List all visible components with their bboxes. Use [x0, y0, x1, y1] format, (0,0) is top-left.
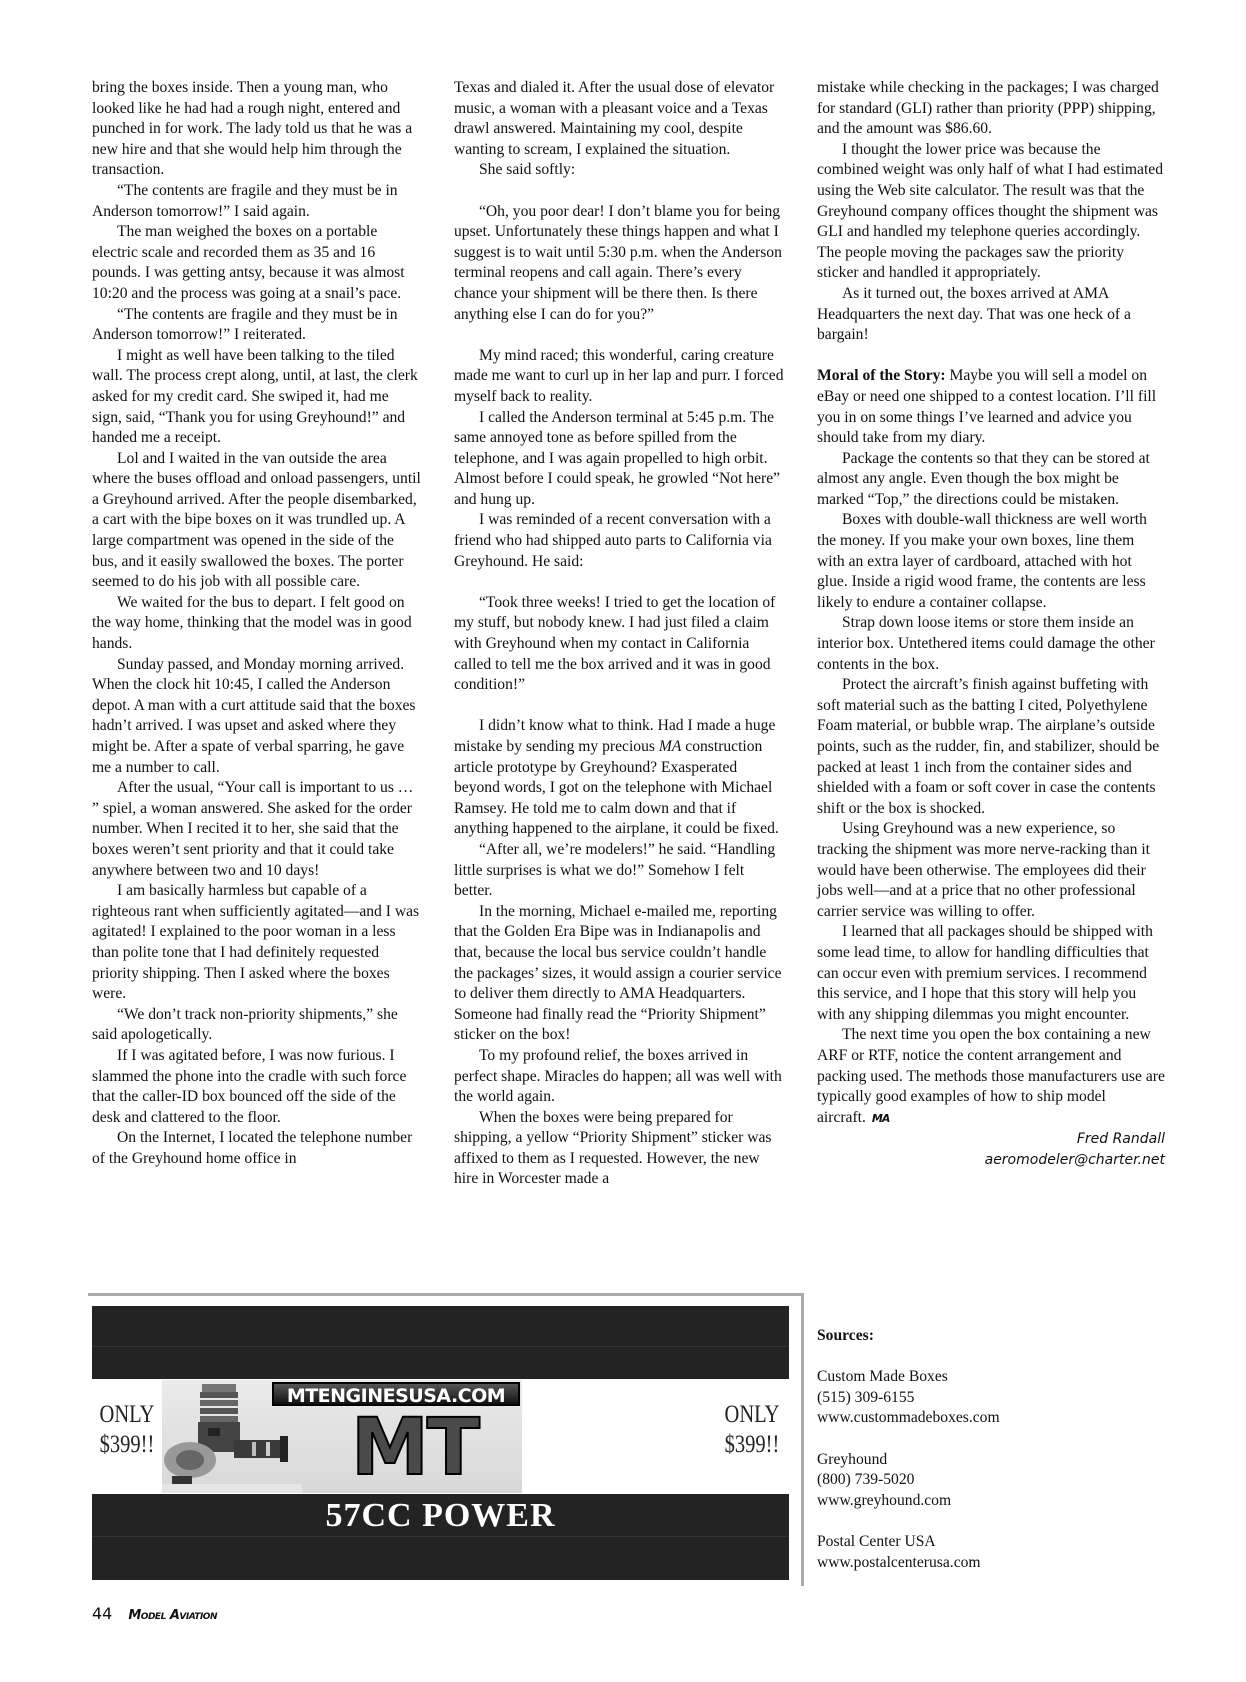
- article-column-3: mistake while checking in the packages; …: [817, 78, 1165, 1170]
- paragraph: The next time you open the box containin…: [817, 1025, 1165, 1129]
- paragraph: She said softly:: [454, 160, 784, 181]
- paragraph: Strap down loose items or store them ins…: [817, 613, 1165, 675]
- paragraph: Boxes with double-wall thickness are wel…: [817, 510, 1165, 613]
- paragraph: When the boxes were being prepared for s…: [454, 1108, 784, 1190]
- source-url[interactable]: www.custommadeboxes.com: [817, 1408, 1117, 1429]
- source-name: Custom Made Boxes: [817, 1367, 1117, 1388]
- paragraph: I was reminded of a recent conversation …: [454, 510, 784, 572]
- ad-band-bottom: 57CC POWER: [92, 1494, 789, 1580]
- paragraph: Protect the aircraft’s finish against bu…: [817, 675, 1165, 819]
- paragraph: I thought the lower price was because th…: [817, 140, 1165, 284]
- paragraph: I learned that all packages should be sh…: [817, 922, 1165, 1025]
- divider: [92, 1346, 789, 1347]
- magazine-logo: Model Aviation: [128, 1608, 217, 1623]
- moral-paragraph: Moral of the Story: Maybe you will sell …: [817, 366, 1165, 448]
- source-entry: Postal Center USA www.postalcenterusa.co…: [817, 1532, 1117, 1573]
- ad-band-top: [92, 1306, 789, 1379]
- paragraph: The man weighed the boxes on a portable …: [92, 222, 422, 304]
- paragraph: As it turned out, the boxes arrived at A…: [817, 284, 1165, 346]
- magazine-abbrev: MA: [659, 738, 682, 755]
- moral-label: Moral of the Story:: [817, 367, 946, 384]
- author-email[interactable]: aeromodeler@charter.net: [817, 1150, 1165, 1171]
- author-name: Fred Randall: [817, 1129, 1165, 1150]
- price-left: ONLY $399!!: [98, 1400, 155, 1460]
- sources-heading: Sources:: [817, 1326, 1117, 1347]
- divider: [92, 1536, 789, 1537]
- paragraph: Using Greyhound was a new experience, so…: [817, 819, 1165, 922]
- paragraph: We waited for the bus to depart. I felt …: [92, 593, 422, 655]
- quote-paragraph: “Oh, you poor dear! I don’t blame you fo…: [454, 202, 784, 326]
- paragraph: Lol and I waited in the van outside the …: [92, 449, 422, 593]
- paragraph: “We don’t track non-priority shipments,”…: [92, 1005, 422, 1046]
- paragraph: I didn’t know what to think. Had I made …: [454, 716, 784, 840]
- article-column-2: Texas and dialed it. After the usual dos…: [454, 78, 784, 1190]
- paragraph: My mind raced; this wonderful, caring cr…: [454, 346, 784, 408]
- model-name: MT 57: [307, 1406, 522, 1490]
- advertisement[interactable]: ONLY $399!! MTENGINESUSA.COM: [92, 1306, 789, 1580]
- paragraph: After the usual, “Your call is important…: [92, 778, 422, 881]
- paragraph: “The contents are fragile and they must …: [92, 305, 422, 346]
- paragraph: Sunday passed, and Monday morning arrive…: [92, 655, 422, 779]
- paragraph: On the Internet, I located the telephone…: [92, 1128, 422, 1169]
- price-right: ONLY $399!!: [723, 1400, 780, 1460]
- engine-product-image: MTENGINESUSA.COM MT 57: [162, 1380, 522, 1493]
- source-url[interactable]: www.greyhound.com: [817, 1491, 1117, 1512]
- ad-tagline: 57CC POWER: [92, 1496, 789, 1536]
- ad-middle: ONLY $399!! MTENGINESUSA.COM: [92, 1380, 789, 1493]
- source-url[interactable]: www.postalcenterusa.com: [817, 1553, 1117, 1574]
- paragraph: I might as well have been talking to the…: [92, 346, 422, 449]
- source-entry: Custom Made Boxes (515) 309-6155 www.cus…: [817, 1367, 1117, 1429]
- paragraph: I called the Anderson terminal at 5:45 p…: [454, 408, 784, 511]
- paragraph: To my profound relief, the boxes arrived…: [454, 1046, 784, 1108]
- paragraph: Package the contents so that they can be…: [817, 449, 1165, 511]
- paragraph: If I was agitated before, I was now furi…: [92, 1046, 422, 1128]
- source-phone: (800) 739-5020: [817, 1470, 1117, 1491]
- source-entry: Greyhound (800) 739-5020 www.greyhound.c…: [817, 1450, 1117, 1512]
- source-phone: (515) 309-6155: [817, 1388, 1117, 1409]
- article-column-1: bring the boxes inside. Then a young man…: [92, 78, 422, 1169]
- paragraph: I am basically harmless but capable of a…: [92, 881, 422, 1005]
- source-name: Postal Center USA: [817, 1532, 1117, 1553]
- sources-box: Sources: Custom Made Boxes (515) 309-615…: [817, 1326, 1117, 1573]
- page-footer: 44 Model Aviation: [92, 1604, 217, 1624]
- paragraph: “The contents are fragile and they must …: [92, 181, 422, 222]
- paragraph: mistake while checking in the packages; …: [817, 78, 1165, 140]
- page-number: 44: [92, 1604, 112, 1623]
- quote-paragraph: “Took three weeks! I tried to get the lo…: [454, 593, 784, 696]
- paragraph: In the morning, Michael e-mailed me, rep…: [454, 902, 784, 1046]
- paragraph: “After all, we’re modelers!” he said. “H…: [454, 840, 784, 902]
- source-name: Greyhound: [817, 1450, 1117, 1471]
- paragraph: bring the boxes inside. Then a young man…: [92, 78, 422, 181]
- end-mark-icon: MA: [872, 1112, 889, 1125]
- paragraph: Texas and dialed it. After the usual dos…: [454, 78, 784, 160]
